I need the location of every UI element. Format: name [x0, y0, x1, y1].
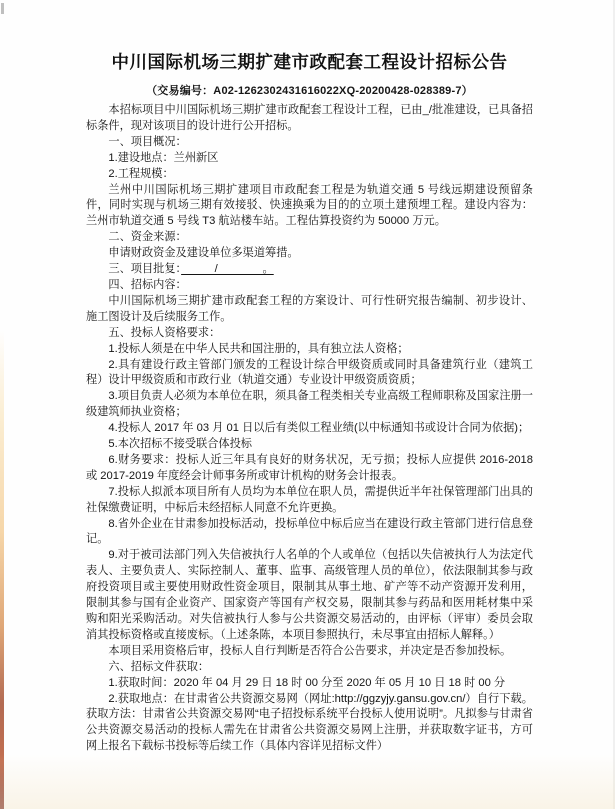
item-qualification-3: 3.项目负责人必须为本单位在职，须具备工程类相关专业高级工程师职称及国家注册一级… — [86, 389, 533, 421]
project-approval-label: 三、项目批复： — [108, 263, 181, 275]
section-heading-bid-content: 四、招标内容： — [86, 278, 533, 294]
item-qualification-8: 8.省外企业在甘肃参加投标活动，投标单位中标后应当在建设行政主管部门进行信息登记… — [86, 517, 533, 549]
section-heading-project-overview: 一、项目概况： — [86, 135, 533, 151]
paragraph-bid-content: 中川国际机场三期扩建市政配套工程的方案设计、可行性研究报告编制、初步设计、施工图… — [86, 294, 533, 326]
section-heading-bidder-qualification: 五、投标人资格要求： — [86, 326, 533, 342]
scan-bottom-tint — [0, 754, 615, 809]
item-qualification-5: 5.本次招标不接受联合体投标 — [86, 437, 533, 453]
section-heading-project-approval: 三、项目批复： / 。 — [86, 262, 533, 278]
item-project-scale: 2.工程规模： — [86, 167, 533, 183]
item-qualification-2: 2.具有建设行政主管部门颁发的工程设计综合甲级资质或同时具备建筑行业（建筑工程）… — [86, 358, 533, 390]
project-approval-blank: / 。 — [181, 263, 274, 275]
section-heading-funding-source: 二、资金来源： — [86, 230, 533, 246]
item-qualification-7: 7.投标人拟派本项目所有人员均为本单位在职人员，需提供近半年社保管理部门出具的社… — [86, 485, 533, 517]
item-acquisition-place: 2.获取地点：在甘肃省公共资源交易网（网址:http://ggzyjy.gans… — [86, 692, 533, 756]
item-construction-site: 1.建设地点：兰州新区 — [86, 151, 533, 167]
section-heading-document-acquisition: 六、招标文件获取： — [86, 660, 533, 676]
paragraph-funding-source: 申请财政资金及建设单位多渠道筹措。 — [86, 246, 533, 262]
item-qualification-4: 4.投标人 2017 年 03 月 01 日以后有类似工程业绩(以中标通知书或设… — [86, 421, 533, 437]
item-acquisition-time: 1.获取时间：2020 年 04 月 29 日 18 时 00 分至 2020 … — [86, 676, 533, 692]
item-qualification-6: 6.财务要求：投标人近三年具有良好的财务状况，无亏损；投标人应提供 2016-2… — [86, 453, 533, 485]
announcement-document: 中川国际机场三期扩建市政配套工程设计招标公告 （交易编号：A02-1262302… — [0, 0, 615, 755]
scan-corner-mark — [1, 3, 4, 14]
transaction-number: （交易编号：A02-1262302431616022XQ-20200428-02… — [86, 82, 533, 98]
paragraph-post-qualification: 本项目采用资格后审，投标人自行判断是否符合公告要求，并决定是否参加投标。 — [86, 644, 533, 660]
document-title: 中川国际机场三期扩建市政配套工程设计招标公告 — [86, 51, 533, 74]
paragraph-project-scale-detail: 兰州中川国际机场三期扩建项目市政配套工程是为轨道交通 5 号线远期建设预留条件，… — [86, 183, 533, 231]
scan-left-edge-stain — [0, 330, 4, 809]
scanned-page: 中川国际机场三期扩建市政配套工程设计招标公告 （交易编号：A02-1262302… — [0, 0, 615, 809]
intro-paragraph: 本招标项目中川国际机场三期扩建市政配套工程设计工程，已由_/批准建设，已具备招标… — [86, 103, 533, 135]
item-qualification-9: 9.对于被司法部门列入失信被执行人名单的个人或单位（包括以失信被执行人为法定代表… — [86, 548, 533, 643]
document-body: 本招标项目中川国际机场三期扩建市政配套工程设计工程，已由_/批准建设，已具备招标… — [86, 103, 533, 755]
item-qualification-1: 1.投标人须是在中华人民共和国注册的，具有独立法人资格； — [86, 342, 533, 358]
